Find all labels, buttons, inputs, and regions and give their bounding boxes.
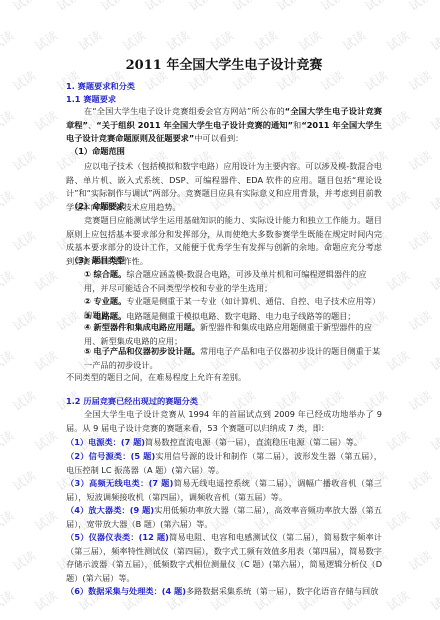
watermark-text: 试读 bbox=[383, 267, 412, 295]
document-title: 2011 年全国大学生电子设计竞赛 bbox=[66, 59, 382, 73]
watermark-text: 试读 bbox=[339, 27, 368, 55]
section-heading-1-2: 1.2 历届竞赛已经出现过的赛题分类 bbox=[66, 395, 198, 409]
category-power: （1）电源类：(7 题)简易数控直流电源（第一届），直流稳压电源（第二届）等。 bbox=[66, 436, 382, 450]
watermark-text: 试读 bbox=[427, 347, 440, 375]
watermark-text: 试读 bbox=[31, 107, 60, 135]
watermark-text: 试读 bbox=[9, 147, 38, 175]
watermark-text: 试读 bbox=[119, 27, 148, 55]
watermark-text: 试读 bbox=[383, 187, 412, 215]
watermark-text: 试读 bbox=[273, 0, 302, 14]
watermark-text: 试读 bbox=[53, 0, 82, 14]
watermark-text: 试读 bbox=[207, 27, 236, 55]
watermark-text: 试读 bbox=[405, 147, 434, 175]
watermark-text: 试读 bbox=[405, 547, 434, 575]
history-intro: 全国大学生电子设计竞赛从 1994 年的首届试点到 2009 年已经成功地举办了… bbox=[66, 408, 382, 435]
watermark-text: 试读 bbox=[427, 507, 440, 535]
watermark-text: 试读 bbox=[427, 427, 440, 455]
watermark-text: 试读 bbox=[9, 547, 38, 575]
watermark-text: 试读 bbox=[383, 27, 412, 55]
category-signal-source: （2）信号源类：(5 题)实用信号源的设计和制作（第二届），波形发生器（第五届）… bbox=[66, 450, 382, 477]
watermark-text: 试读 bbox=[31, 187, 60, 215]
watermark-text: 试读 bbox=[141, 0, 170, 14]
watermark-text: 试读 bbox=[405, 227, 434, 255]
watermark-text: 试读 bbox=[31, 427, 60, 455]
watermark-text: 试读 bbox=[383, 347, 412, 375]
watermark-text: 试读 bbox=[405, 67, 434, 95]
watermark-text: 试读 bbox=[295, 27, 324, 55]
watermark-text: 试读 bbox=[9, 67, 38, 95]
watermark-text: 试读 bbox=[0, 347, 17, 375]
watermark-text: 试读 bbox=[31, 347, 60, 375]
watermark-text: 试读 bbox=[9, 0, 38, 14]
watermark-text: 试读 bbox=[383, 507, 412, 535]
types-heading: （3）题目类型 bbox=[70, 254, 125, 268]
watermark-text: 试读 bbox=[0, 267, 17, 295]
watermark-text: 试读 bbox=[427, 187, 440, 215]
category-amplifier: （4）放大器类：(9 题)实用低频功率放大器（第二届），高效率音频功率放大器（第… bbox=[66, 504, 382, 531]
watermark-text: 试读 bbox=[31, 507, 60, 535]
watermark-text: 试读 bbox=[405, 387, 434, 415]
type-item-1: ① 综合题。综合题应涵盖模-数混合电路，可涉及单片机和可编程逻辑器件的应用，并尽… bbox=[84, 268, 382, 295]
watermark-text: 试读 bbox=[31, 27, 60, 55]
scope-heading: （1）命题范围 bbox=[70, 145, 125, 159]
watermark-text: 试读 bbox=[251, 27, 280, 55]
watermark-text: 试读 bbox=[405, 307, 434, 335]
watermark-text: 试读 bbox=[75, 27, 104, 55]
watermark-text: 试读 bbox=[427, 267, 440, 295]
watermark-text: 试读 bbox=[163, 27, 192, 55]
section-heading-1: 1. 赛题要求和分类 bbox=[66, 80, 135, 94]
watermark-text: 试读 bbox=[0, 427, 17, 455]
category-rf-wireless: （3）高频无线电类：(7 题)简易无线电遥控系统（第二届），调幅广播收音机（第三… bbox=[66, 477, 382, 504]
category-instruments: （5）仪器仪表类：(12 题)简易电阻、电容和电感测试仪（第二届），简易数字频率… bbox=[66, 531, 382, 585]
watermark-text: 试读 bbox=[317, 0, 346, 14]
watermark-text: 试读 bbox=[97, 0, 126, 14]
watermark-text: 试读 bbox=[0, 187, 17, 215]
watermark-text: 试读 bbox=[427, 27, 440, 55]
watermark-text: 试读 bbox=[383, 107, 412, 135]
watermark-text: 试读 bbox=[31, 267, 60, 295]
watermark-text: 试读 bbox=[427, 587, 440, 615]
watermark-text: 试读 bbox=[229, 0, 258, 14]
requirements-heading: （2）命题要求 bbox=[70, 200, 125, 214]
watermark-text: 试读 bbox=[0, 107, 17, 135]
watermark-text: 试读 bbox=[0, 27, 17, 55]
type-item-5: ⑤ 电子产品和仪器初步设计题。常用电子产品和电子仪器初步设计的题目侧重于某一产品… bbox=[84, 345, 382, 372]
types-note: 不同类型的题目之间，在难易程度上允许有差别。 bbox=[66, 371, 382, 385]
watermark-text: 试读 bbox=[405, 467, 434, 495]
watermark-text: 试读 bbox=[31, 587, 60, 615]
watermark-text: 试读 bbox=[383, 427, 412, 455]
watermark-text: 试读 bbox=[383, 587, 412, 615]
watermark-text: 试读 bbox=[361, 0, 390, 14]
watermark-text: 试读 bbox=[405, 0, 434, 14]
watermark-text: 试读 bbox=[9, 307, 38, 335]
watermark-text: 试读 bbox=[0, 587, 17, 615]
watermark-text: 试读 bbox=[427, 107, 440, 135]
watermark-text: 试读 bbox=[9, 387, 38, 415]
watermark-text: 试读 bbox=[0, 507, 17, 535]
category-data-acquisition: （6）数据采集与处理类：(4 题)多路数据采集系统（第一届），数字化语音存储与回… bbox=[66, 585, 382, 599]
watermark-text: 试读 bbox=[53, 307, 82, 335]
watermark-text: 试读 bbox=[9, 227, 38, 255]
watermark-text: 试读 bbox=[9, 467, 38, 495]
intro-paragraph: 在“全国大学生电子设计竞赛组委会官方网站”所公布的“全国大学生电子设计竞赛章程”… bbox=[66, 105, 382, 146]
watermark-text: 试读 bbox=[185, 0, 214, 14]
